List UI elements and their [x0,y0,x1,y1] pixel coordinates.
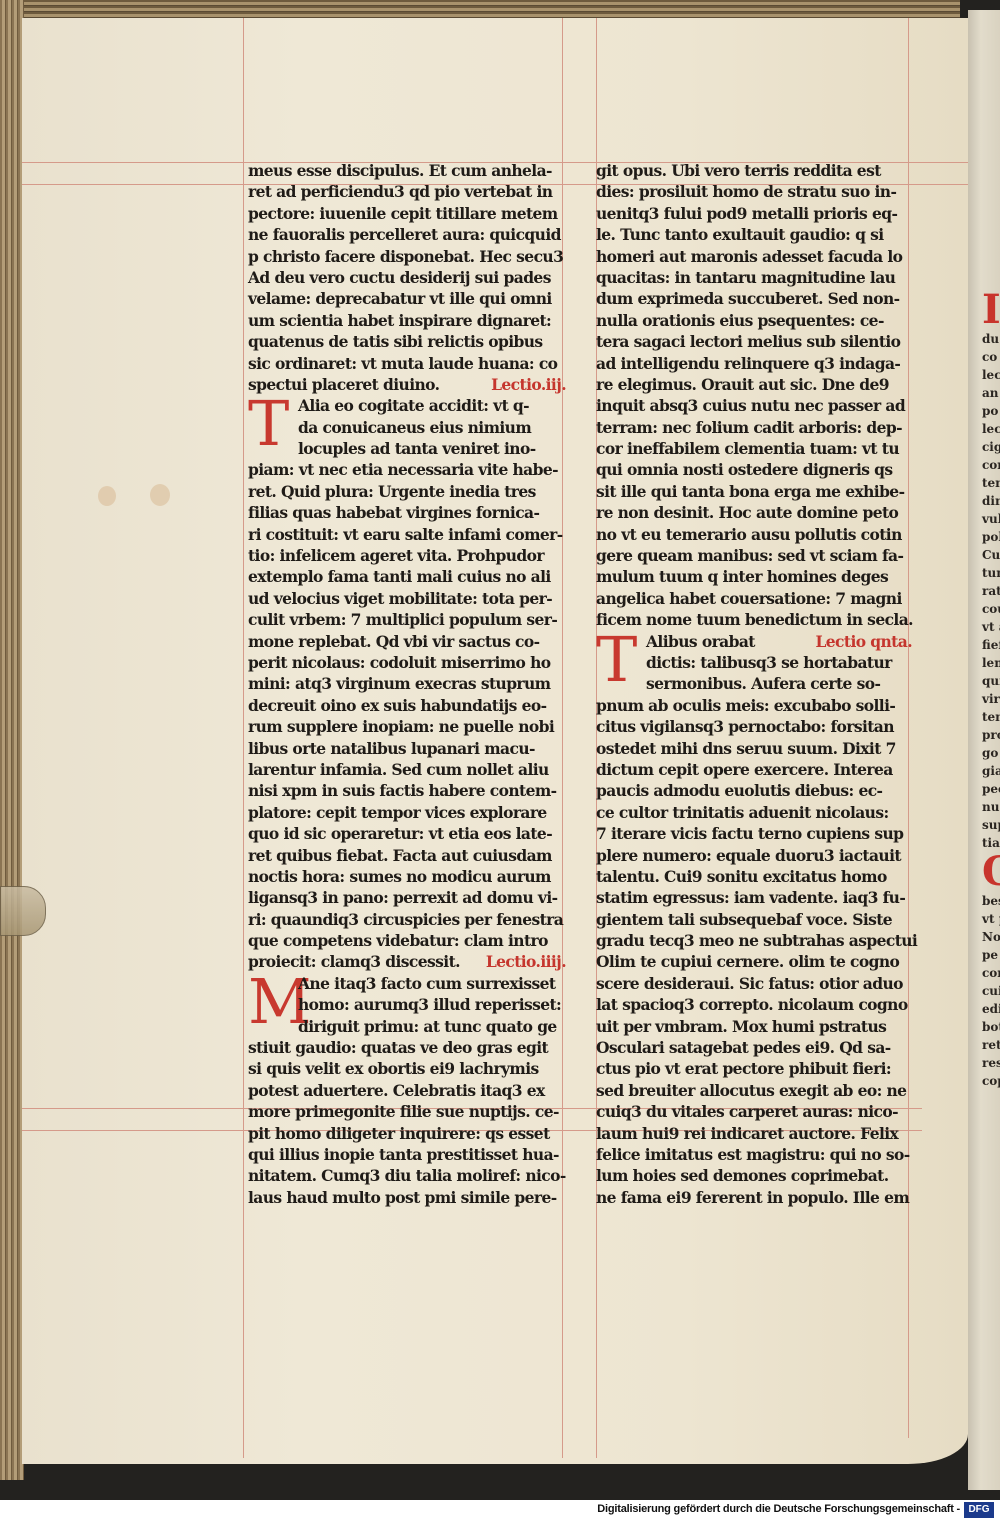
text-line: co [982,348,1000,366]
text-line: ud velocius viget mobilitate: tota per- [248,588,566,609]
text-line: pe cu fu [982,946,1000,964]
text-line: laus haud multo post pmi simile pere- [248,1187,566,1208]
text-line: nus il [982,798,1000,816]
text-line: cor [982,456,1000,474]
text-line: lum hoies sed demones coprimebat. [596,1165,912,1186]
text-line: ret quibus fiebat. Facta aut cuiusdam [248,845,566,866]
text-line: stiuit gaudio: quatas ve deo gras egit [248,1037,566,1058]
text-line: nitatem. Cumq3 diu talia moliref: nico- [248,1165,566,1186]
text-column-right: git opus. Ubi vero terris reddita est di… [596,160,912,1208]
text-line: velame: deprecabatur vt ille qui omni [248,288,566,309]
section-lectio-iii: T Alia eo cogitate accidit: vt q- da con… [248,395,566,973]
text-line: po [982,402,1000,420]
text-line: uit per vmbram. Mox humi pstratus [596,1016,912,1037]
text-line: dictum cepit opere exercere. Interea [596,759,912,780]
text-line: tera sagaci lectori melius sub silentio [596,331,912,352]
section-lectio-iiii: M Ane itaq3 facto cum surrexisset homo: … [248,973,566,1208]
text-line: fiefe [982,636,1000,654]
text-line: extemplo fama tanti mali cuius no ali [248,566,566,587]
text-line: vt pasto [982,910,1000,928]
text-line: gia. [982,762,1000,780]
text-line: quo id sic operaretur: vt etia eos late- [248,823,566,844]
facing-drop-cap: I [982,290,1000,330]
text-line: platore: cepit tempor vices explorare [248,802,566,823]
text-line: gientem tali subsequebaf voce. Siste [596,909,912,930]
lectio-heading: Lectio.iiij. [486,951,566,972]
text-line: le. Tunc tanto exultauit gaudio: q si [596,224,912,245]
text-line: rat e [982,582,1000,600]
text-line: lat spacioq3 correpto. nicolaum cogno [596,994,912,1015]
text-line: re non desinit. Hoc aute domine peto [596,502,912,523]
paper-stain [98,486,116,506]
text-line: ctus pio vt erat pectore phibuit fieri: [596,1058,912,1079]
text-line: cig [982,438,1000,456]
text-line: nulla orationis eius psequentes: ce- [596,310,912,331]
text-line: more primegonite filie sue nuptijs. ce- [248,1101,566,1122]
text-line: um scientia habet inspirare dignaret: [248,310,566,331]
text-line: angelica habet couersatione: 7 magni [596,588,912,609]
text-line: decreuit oino ex suis habundatijs eo- [248,695,566,716]
text-line: pectore: iuuenile cepit titillare metem [248,203,566,224]
text-line: tenti [982,708,1000,726]
text-line: ret. Quid plura: Urgente inedia tres [248,481,566,502]
rule-line [243,18,244,1458]
text-line: 7 iterare vicis factu terno cupiens sup [596,823,912,844]
text-line: vir: a [982,690,1000,708]
text-line: bestia [982,892,1000,910]
text-line: procu [982,726,1000,744]
text-line: coue [982,600,1000,618]
text-line: mone replebat. Qd vbi vir sactus co- [248,631,566,652]
text-line: libus orte natalibus lupanari macu- [248,738,566,759]
text-line: Olim te cupiui cernere. olim te cogno [596,951,912,972]
dfg-logo[interactable]: DFG [964,1502,994,1518]
text-line: pol [982,528,1000,546]
lectio-heading: Lectio qnta. [816,631,913,652]
funding-credit: Digitalisierung gefördert durch die Deut… [597,1503,960,1515]
text-line: edific [982,1000,1000,1018]
text-line: ne fauoralis percelleret aura: quicquid [248,224,566,245]
facing-page-text: I du co lec an po lec cig cor ten dina v… [982,290,1000,1090]
text-line: ficem nome tuum benedictum in secla. [596,609,912,630]
drop-cap-initial: T [248,395,296,459]
text-line: du [982,330,1000,348]
text-line: p christo facere disponebat. Hec secu3 [248,246,566,267]
text-line: ret anti [982,1036,1000,1054]
text-line: terram: nec folium cadit arboris: dep- [596,417,912,438]
text-line: ne fama ei9 fererent in populo. Ille em [596,1187,912,1208]
text-line: gere queam manibus: sed vt sciam fa- [596,545,912,566]
text-line: dum exprimeda succuberet. Sed non- [596,288,912,309]
text-line: larentur infamia. Sed cum nollet aliu [248,759,566,780]
text-line: quid [982,672,1000,690]
text-line: ri costituit: vt earu salte infami comer… [248,524,566,545]
text-line: vt ar [982,618,1000,636]
text-line: quatenus de tatis sibi relictis opibus [248,331,566,352]
text-line: lec [982,420,1000,438]
text-line: dina [982,492,1000,510]
text-line: Cui [982,546,1000,564]
book-edge-top [0,0,960,20]
facing-drop-cap: O [982,852,1000,892]
text-line: inquit absq3 cuius nutu nec passer ad [596,395,912,416]
text-line: laum hui9 rei indicaret auctore. Felix [596,1123,912,1144]
text-line: scere desideraui. Sic fatus: otior aduo [596,973,912,994]
text-line: perit nicolaus: codoluit miserrimo ho [248,652,566,673]
text-line: res voca [982,1054,1000,1072]
text-line: pit homo diligeter inquirere: qs esset [248,1123,566,1144]
text-span: Alibus orabat [646,632,755,651]
text-line: felice imitatus est magistru: qui no so- [596,1144,912,1165]
text-line: ten [982,474,1000,492]
text-line: bota ve [982,1018,1000,1036]
text-line: proiecit: clamq3 discessit. Lectio.iiij. [248,951,566,972]
text-line: culit vrbem: 7 multiplici populum ser- [248,609,566,630]
text-line: sit ille qui tanta bona erga me exhibe- [596,481,912,502]
text-line: Ad deu vero cuctu desiderij sui pades [248,267,566,288]
text-line: pnum ab oculis meis: excubabo solli- [596,695,912,716]
text-line: qui omnia nosti ostedere digneris qs [596,459,912,480]
text-line: dies: prosiluit homo de stratu suo in- [596,181,912,202]
book-clip [0,886,46,936]
text-line: homeri aut maronis adesset facuda lo [596,246,912,267]
text-line: vult [982,510,1000,528]
book-edge-left [0,0,24,1480]
text-line: ligansq3 in pano: perrexit ad domu vi- [248,887,566,908]
text-span: spectui placeret diuino. [248,375,439,394]
section-lectio-quinta: T Alibus orabat Lectio qnta. dictis: tal… [596,631,912,1209]
text-line: copis l [982,1072,1000,1090]
text-line: com de [982,964,1000,982]
text-line: gradu tecq3 meo ne subtrahas aspectui [596,930,912,951]
text-span: proiecit: clamq3 discessit. [248,952,460,971]
text-line: re elegimus. Orauit aut sic. Dne de9 [596,374,912,395]
text-line: nisi xpm in suis factis habere contem- [248,780,566,801]
text-line: mulum tuum q inter homines deges [596,566,912,587]
text-line: cor ineffabilem clementia tuam: vt tu [596,438,912,459]
text-line: go pe [982,744,1000,762]
paper-stain [150,484,170,506]
text-line: Osculari satagebat pedes ei9. Qd sa- [596,1037,912,1058]
footer-bar: Digitalisierung gefördert durch die Deut… [0,1500,1000,1522]
text-line: mini: atq3 virginum execras stuprum [248,673,566,694]
text-line: sic ordinaret: vt muta laude huana: co [248,353,566,374]
text-line: paucis admodu euolutis diebus: ec- [596,780,912,801]
drop-cap-initial: M [248,973,296,1037]
text-line: rum supplere inopiam: ne puelle nobi [248,716,566,737]
text-line: noctis hora: sumes no modicu aurum [248,866,566,887]
text-line: piam: vt nec etia necessaria vite habe- [248,459,566,480]
text-line: lec [982,366,1000,384]
lectio-heading: Lectio.iij. [491,374,566,395]
text-line: ostedet mihi dns seruu suum. Dixit 7 [596,738,912,759]
text-line: pecib [982,780,1000,798]
text-line: tum [982,564,1000,582]
text-line: qui illius inopie tanta prestitisset hua… [248,1144,566,1165]
text-line: cuius po [982,982,1000,1000]
text-line: potest aduertere. Celebratis itaq3 ex [248,1080,566,1101]
text-line: spectui placeret diuino. Lectio.iij. [248,374,566,395]
text-line: an [982,384,1000,402]
text-line: cuiq3 du vitales carperet auras: nico- [596,1101,912,1122]
text-line: meus esse discipulus. Et cum anhela- [248,160,566,181]
scan-background: meus esse discipulus. Et cum anhela- ret… [0,0,1000,1500]
text-line: supple [982,816,1000,834]
text-line: plere numero: equale duoru3 iactauit [596,845,912,866]
text-line: quacitas: in tantaru magnitudine lau [596,267,912,288]
text-line: que competens videbatur: clam intro [248,930,566,951]
text-line: si quis velit ex obortis ei9 lachrymis [248,1058,566,1079]
facing-page-edge: I du co lec an po lec cig cor ten dina v… [968,10,1000,1490]
text-line: tio: infelicem ageret vita. Prohpudor [248,545,566,566]
text-line: Nouem [982,928,1000,946]
text-line: ce cultor trinitatis aduenit nicolaus: [596,802,912,823]
text-line: filias quas habebat virgines fornica- [248,502,566,523]
text-line: git opus. Ubi vero terris reddita est [596,160,912,181]
text-line: talentu. Cui9 sonitu excitatus homo [596,866,912,887]
text-line: ret ad perficiendu3 qd pio vertebat in [248,181,566,202]
text-line: uenitq3 fului pod9 metalli prioris eq- [596,203,912,224]
text-line: sed breuiter allocutus exegit ab eo: ne [596,1080,912,1101]
text-line: statim egressus: iam vadente. iaq3 fu- [596,887,912,908]
text-column-left: meus esse discipulus. Et cum anhela- ret… [248,160,566,1208]
text-line: no vt eu temerario ausu pollutis cotin [596,524,912,545]
text-line: lem. [982,654,1000,672]
text-line: ri: quaundiq3 circuspicies per fenestra [248,909,566,930]
text-line: ad intelligendu relinquere q3 indaga- [596,353,912,374]
text-line: citus vigilansq3 pernoctabo: forsitan [596,716,912,737]
drop-cap-initial: T [596,631,644,695]
